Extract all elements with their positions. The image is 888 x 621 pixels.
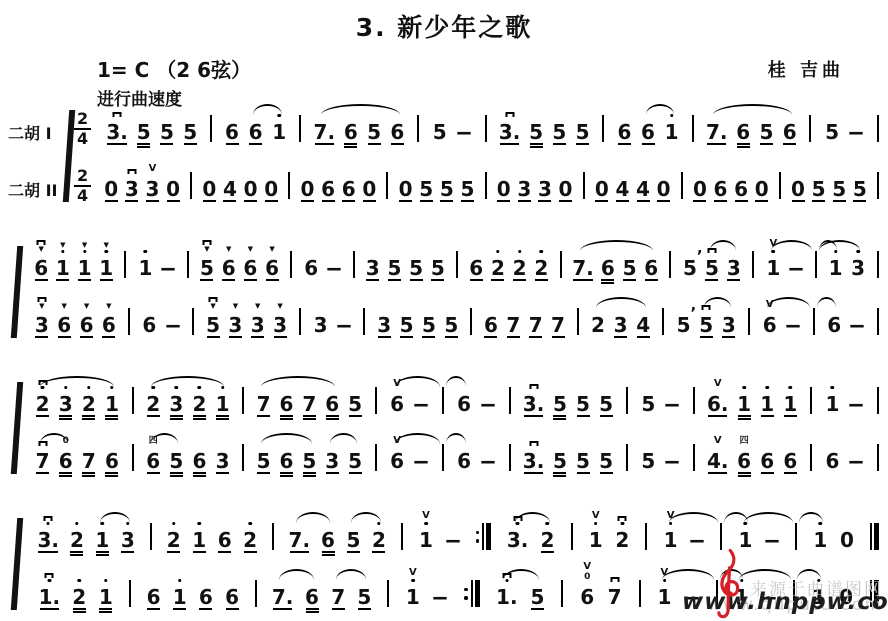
note: 6.V — [707, 390, 729, 414]
note-marks — [831, 386, 835, 390]
beam-underline — [538, 200, 551, 202]
note-marks: V — [592, 511, 600, 526]
dash-note: – — [665, 447, 680, 471]
dash-note: – — [160, 254, 175, 278]
beam-underline — [70, 554, 83, 556]
dash-note: – — [456, 118, 471, 142]
beam-underline — [347, 551, 360, 553]
measures-row: 3.21321627.6521V–3.21V21V–1–10 — [24, 523, 880, 557]
note-marks: ▼ — [277, 303, 282, 310]
beam-underline — [303, 415, 316, 417]
note-digit: 6 — [222, 258, 236, 278]
note-digit: 6 — [390, 451, 404, 471]
composer: 桂 吉曲 — [768, 56, 844, 82]
barline-thick — [475, 580, 480, 607]
note: 1 — [272, 118, 287, 142]
note-digit: 5 — [348, 451, 362, 471]
measure: 3.213 — [24, 526, 149, 550]
note: 7. — [272, 583, 294, 607]
beam-underline — [470, 279, 483, 281]
barline — [299, 115, 301, 142]
beam-underline — [400, 336, 413, 338]
note: 5 — [136, 118, 151, 142]
repeat-barline — [464, 580, 480, 607]
slur-arc — [330, 433, 357, 444]
measure: 1V– — [404, 526, 475, 550]
note: 7 — [607, 583, 622, 607]
slur-arc — [710, 240, 737, 251]
beam-underline — [535, 279, 548, 281]
note: 6 — [641, 118, 656, 142]
beam-underline — [618, 143, 631, 145]
note-digit: 6 — [218, 530, 232, 550]
measure: 6777 — [473, 311, 576, 335]
barline — [470, 308, 472, 335]
note-digit: 5 — [431, 258, 445, 278]
note: 5 — [439, 175, 454, 199]
up-bow-icon: V — [714, 379, 722, 389]
measure: 10 — [798, 526, 869, 550]
beam-underline — [280, 418, 293, 420]
beam-underline — [552, 336, 565, 338]
octave-dot — [765, 386, 769, 390]
note-digit: 1 — [78, 258, 92, 278]
note-digit: – — [335, 315, 352, 335]
slur-arc — [767, 297, 810, 308]
note: 3. — [37, 526, 59, 550]
note: 6V0 — [580, 583, 595, 607]
note: 6 — [192, 447, 207, 471]
measure: 0660 — [684, 175, 778, 199]
note-digit: 1 — [589, 530, 603, 550]
beam-underline — [326, 418, 339, 420]
note-digit: 1 — [665, 122, 679, 142]
note: 6▼ — [57, 311, 72, 335]
dash-note: – — [788, 254, 803, 278]
note-digit: 5 — [599, 451, 613, 471]
barline — [509, 444, 511, 471]
note: 1V — [766, 254, 781, 278]
slur-arc — [253, 104, 282, 115]
beam-underline — [344, 143, 357, 145]
repeat-dots — [464, 588, 468, 600]
beam-underline — [121, 551, 134, 553]
note: 0 — [243, 175, 258, 199]
note: 6 — [457, 390, 472, 414]
note: 5 — [348, 447, 363, 471]
beam-underline — [372, 551, 385, 553]
beam-underline — [244, 200, 257, 202]
slur-arc — [40, 376, 114, 387]
note: 6四 — [146, 447, 161, 471]
beam-underline — [760, 143, 773, 145]
beam-underline — [541, 551, 554, 553]
note-marks — [248, 522, 252, 526]
note-digit: 3 — [121, 530, 135, 550]
note-digit: – — [480, 394, 497, 414]
barline — [795, 523, 797, 550]
note: 5 — [699, 311, 714, 335]
beam-underline — [524, 415, 544, 417]
down-bow-icon — [618, 516, 627, 521]
time-signature-denominator: 4 — [77, 187, 88, 204]
note: 7 — [506, 311, 521, 335]
note-digit: 1 — [657, 587, 671, 607]
note-digit: – — [764, 530, 781, 550]
note: 5 — [641, 447, 656, 471]
beam-underline — [266, 279, 279, 281]
up-bow-icon: V — [422, 511, 430, 521]
note-digit: 0 — [693, 179, 707, 199]
beam-underline — [722, 336, 735, 338]
octave-dot — [742, 386, 746, 390]
measure: 1– — [127, 254, 185, 278]
note-digit: 6 — [105, 451, 119, 471]
note-marks — [113, 112, 122, 117]
beam-underline — [306, 608, 319, 610]
note: 7 — [551, 311, 566, 335]
note-digit: 6 — [617, 122, 631, 142]
note: 6 — [483, 311, 498, 335]
beam-underline — [193, 551, 206, 553]
dash-note: – — [433, 583, 448, 607]
beam-underline — [738, 415, 751, 417]
barline — [375, 444, 377, 471]
beam-underline — [708, 472, 728, 474]
note-marks: ▼ — [226, 246, 231, 253]
note-digit: 6 — [243, 258, 257, 278]
note-digit: 5 — [257, 451, 271, 471]
barline — [485, 115, 487, 142]
note: 3 — [517, 175, 532, 199]
measures-row: 3.5556617.6565–3.5556617.6565– — [95, 115, 880, 149]
note: 3 — [613, 311, 628, 335]
beam-underline — [553, 475, 566, 477]
note: 4 — [636, 311, 651, 335]
beam-underline — [78, 279, 91, 281]
beam-underline — [160, 143, 173, 145]
note-digit: 6 — [102, 315, 116, 335]
note: 5 — [825, 118, 840, 142]
note-marks: ▼ — [233, 303, 238, 310]
part-label: 二胡 I — [8, 121, 62, 149]
note: 5’ — [682, 254, 697, 278]
beam-underline — [167, 200, 180, 202]
beam-underline — [705, 279, 718, 281]
note: 1. — [39, 583, 61, 607]
barline — [752, 251, 754, 278]
note: 3. — [499, 118, 521, 142]
voice-line-1: 二胡 I243.5556617.6565–3.5556617.6565– — [8, 92, 880, 149]
note-marks: ▼ — [269, 246, 274, 253]
beam-underline — [146, 200, 159, 202]
note: 6▼ — [221, 254, 236, 278]
note-digit: 6 — [457, 451, 471, 471]
note: 2 — [540, 526, 555, 550]
beam-underline — [344, 146, 357, 148]
note: 2 — [371, 526, 386, 550]
note: 5 — [357, 583, 372, 607]
beam-underline — [642, 143, 655, 145]
down-bow-icon — [529, 384, 538, 389]
note: 3 — [124, 175, 139, 199]
note-digit: 2 — [541, 530, 555, 550]
time-signature-numerator: 2 — [74, 168, 91, 187]
note-digit: 2 — [243, 530, 257, 550]
beam-underline — [303, 472, 316, 474]
measure: 7.656 — [563, 254, 669, 278]
measure: 3555 — [366, 311, 469, 335]
beam-underline — [193, 472, 206, 474]
note-digit: 6 — [142, 315, 156, 335]
beam-underline — [645, 279, 658, 281]
beam-underline — [59, 472, 72, 474]
note: 1▼ — [77, 254, 92, 278]
beam-underline — [226, 143, 239, 145]
octave-dot — [144, 250, 148, 254]
beam-underline — [170, 415, 183, 417]
note: 4.V — [707, 447, 729, 471]
note-digit: 1 — [272, 122, 286, 142]
note-digit: 2 — [36, 394, 50, 414]
note-marks — [529, 384, 538, 389]
beam-underline — [82, 415, 95, 417]
slur-arc — [515, 512, 550, 523]
barline — [353, 251, 355, 278]
barline — [720, 523, 722, 550]
note-digit: 6 — [34, 258, 48, 278]
voice-line-1: 3.21321627.6521V–3.21V21V–1–10 — [8, 500, 880, 557]
beam-underline — [82, 472, 95, 474]
note: 3. — [523, 447, 545, 471]
staccato-icon: ▼ — [255, 303, 260, 310]
measure: 3.555 — [95, 118, 209, 142]
beam-underline — [70, 551, 83, 553]
beam-underline — [137, 146, 150, 148]
note-digit: 1. — [39, 587, 61, 607]
beam-underline — [707, 143, 727, 145]
barline — [387, 580, 389, 607]
slur-arc — [279, 569, 314, 580]
note-marks: ▼ — [248, 246, 253, 253]
barline — [779, 172, 781, 199]
note-digit: 0 — [264, 179, 278, 199]
treble-clef-icon — [712, 548, 746, 621]
slur-arc — [296, 512, 330, 523]
note: 0 — [754, 175, 769, 199]
note-digit: 7 — [36, 451, 50, 471]
barline-thick — [874, 523, 879, 550]
dash-note: – — [165, 311, 180, 335]
measure: 6222 — [459, 254, 558, 278]
beam-underline — [73, 608, 86, 610]
note: 3▼ — [34, 311, 49, 335]
measure: 3.555 — [512, 390, 625, 414]
note-digit: 4 — [636, 179, 650, 199]
barline — [639, 580, 641, 607]
measures-row: 3▼6▼6▼6▼6–5▼3▼3▼3▼3–355567772345’536V–6– — [24, 308, 880, 342]
note-digit: 5 — [302, 451, 316, 471]
slur-arc — [151, 433, 179, 444]
note-digit: 3. — [37, 530, 59, 550]
note-marks — [742, 386, 746, 390]
note-digit: 0 — [657, 179, 671, 199]
staccato-icon: ▼ — [60, 242, 65, 249]
beam-underline — [553, 418, 566, 420]
beam-underline — [40, 608, 60, 610]
beam-underline — [322, 551, 335, 553]
slur-arc — [799, 512, 823, 523]
beam-underline — [623, 279, 636, 281]
note: 6V — [390, 447, 405, 471]
beam-underline — [614, 336, 627, 338]
note-digit: 3. — [499, 122, 521, 142]
note-digit: 6 — [641, 122, 655, 142]
beam-underline — [461, 200, 474, 202]
barline — [571, 523, 573, 550]
measure: 0400 — [193, 175, 287, 199]
note-digit: 0 — [202, 179, 216, 199]
note: 6 — [304, 254, 319, 278]
beam-underline — [637, 200, 650, 202]
beam-underline — [577, 472, 590, 474]
note: 1. — [496, 583, 518, 607]
note-digit: 1 — [216, 394, 230, 414]
note: 6 — [734, 175, 749, 199]
beam-underline — [783, 143, 796, 145]
barline — [128, 308, 130, 335]
beam-underline — [600, 472, 613, 474]
note-digit: 6 — [57, 315, 71, 335]
note: 5 — [302, 447, 317, 471]
beam-underline — [368, 143, 381, 145]
finger-number: 0 — [584, 573, 590, 582]
octave-dot — [248, 522, 252, 526]
note-digit: 1. — [496, 587, 518, 607]
note: 2 — [69, 526, 84, 550]
note-digit: 5 — [853, 179, 867, 199]
note-digit: 6 — [457, 394, 471, 414]
note-digit: 5 — [367, 122, 381, 142]
meta-row: 1= C （2 6弦） 进行曲速度 桂 吉曲 — [0, 44, 888, 90]
page-title: 3. 新少年之歌 — [0, 0, 888, 44]
beam-underline — [35, 279, 48, 281]
barline — [129, 580, 131, 607]
beam-underline — [100, 279, 113, 281]
time-signature-denominator: 4 — [77, 130, 88, 147]
beam-underline — [366, 279, 379, 281]
note: 1 — [138, 254, 153, 278]
note-digit: 0 — [497, 179, 511, 199]
note-digit: 3 — [216, 451, 230, 471]
octave-dot — [789, 386, 793, 390]
slur-arc — [395, 376, 440, 387]
dash-note: – — [414, 390, 429, 414]
note-digit: 6 — [80, 315, 94, 335]
beam-underline — [107, 143, 127, 145]
note-digit: 0 — [399, 179, 413, 199]
beam-underline — [170, 418, 183, 420]
note-digit: 1 — [56, 258, 70, 278]
octave-dot — [75, 522, 79, 526]
note-digit: 5 — [460, 179, 474, 199]
note: 6 — [713, 175, 728, 199]
note: 5 — [811, 175, 826, 199]
note-marks: V — [149, 164, 157, 174]
measure: 0555 — [389, 175, 483, 199]
note-digit: 6 — [265, 258, 279, 278]
dash-note: – — [665, 390, 680, 414]
note-digit: 1 — [95, 530, 109, 550]
system-2: 6▼1▼1▼1▼1–5▼6▼6▼6▼6–355562227.6565’531V–… — [8, 228, 880, 342]
note-digit: 4 — [636, 315, 650, 335]
barline — [124, 251, 126, 278]
staccato-icon: ▼ — [277, 303, 282, 310]
note: 1V — [588, 526, 603, 550]
staccato-icon: ▼ — [61, 303, 66, 310]
beam-underline — [637, 336, 650, 338]
note-digit: 3 — [169, 394, 183, 414]
part-label: 二胡 II — [8, 178, 62, 206]
note: 6 — [225, 118, 240, 142]
note-marks — [197, 522, 201, 526]
beam-underline — [105, 200, 118, 202]
note: 5 — [183, 118, 198, 142]
note-digit: 3 — [273, 315, 287, 335]
barline — [187, 251, 189, 278]
note-marks: V — [422, 511, 430, 526]
beam-underline — [700, 336, 713, 338]
note: 6▼ — [265, 254, 280, 278]
note: 0 — [692, 175, 707, 199]
beam-underline — [553, 472, 566, 474]
slur-arc — [596, 297, 646, 308]
note-digit: 5 — [346, 530, 360, 550]
slur-arc — [40, 433, 68, 444]
measure: 033V0 — [95, 175, 189, 199]
measure: 6– — [445, 390, 508, 414]
note-digit: 0 — [595, 179, 609, 199]
note: 6 — [325, 390, 340, 414]
dash-note: – — [481, 447, 496, 471]
note: 2 — [146, 390, 161, 414]
barline — [288, 172, 290, 199]
note: 6 — [225, 583, 240, 607]
note: 1V — [663, 526, 678, 550]
note-marks: ▼ — [37, 240, 46, 253]
octave-dot — [424, 522, 428, 526]
note-digit: 6 — [321, 179, 335, 199]
staccato-icon: ▼ — [82, 242, 87, 249]
note-digit: 0 — [840, 530, 854, 550]
note: 6▼ — [34, 254, 49, 278]
note-digit: 6 — [763, 315, 777, 335]
measure: 6– — [293, 254, 351, 278]
note: 0 — [594, 175, 609, 199]
barline — [242, 387, 244, 414]
barline — [692, 115, 694, 142]
note: 3 — [215, 447, 230, 471]
note: 6 — [469, 254, 484, 278]
barline — [401, 523, 403, 550]
octave-dot — [104, 250, 108, 254]
note-digit: 5 — [206, 315, 220, 335]
beam-underline — [274, 336, 287, 338]
dash-note: – — [785, 311, 800, 335]
barline — [877, 115, 879, 142]
measure: 234 — [580, 311, 662, 335]
beam-underline — [761, 415, 774, 417]
